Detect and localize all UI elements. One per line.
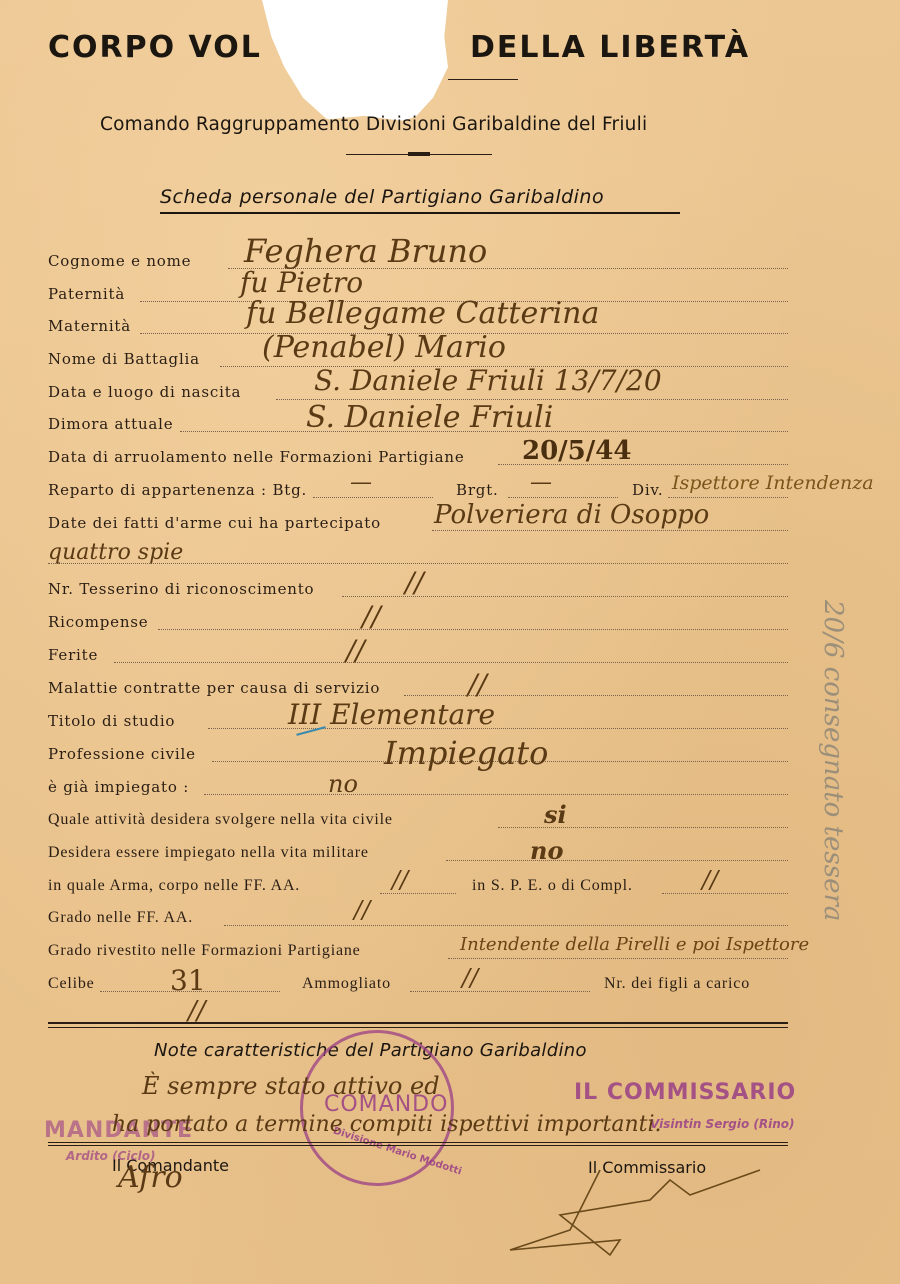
handwritten-note-line2: ha portato a termine compiti ispettivi i…: [112, 1112, 661, 1137]
signature-divider-2: [48, 1145, 788, 1146]
handwritten-professione: Impiegato: [384, 734, 548, 772]
handwritten-brgt: —: [530, 470, 552, 495]
handwritten-arruolamento: 20/5/44: [522, 436, 631, 466]
margin-pencil-note: 20/6 consegnato tessera: [808, 600, 848, 1200]
fill-line: [114, 662, 788, 663]
field-label: è già impiegato :: [48, 778, 189, 796]
form-title: Scheda personale del Partigiano Garibald…: [160, 186, 604, 208]
handwritten-celibe: 31: [170, 964, 206, 997]
handwritten-nascita: S. Daniele Friuli 13/7/20: [314, 364, 662, 397]
field-label: Date dei fatti d'arme cui ha partecipato: [48, 514, 381, 532]
handwritten-arma: //: [392, 866, 408, 894]
comandante-signature: Afro: [118, 1160, 183, 1195]
field-label: Brgt.: [456, 481, 499, 499]
field-label: Maternità: [48, 317, 131, 335]
field-label: Nr. dei figli a carico: [604, 975, 750, 993]
stamp-commissario-name: Visintin Sergio (Rino): [650, 1117, 795, 1131]
field-label: Grado rivestito nelle Formazioni Partigi…: [48, 942, 361, 960]
fill-line: [662, 893, 788, 894]
handwritten-paternita: fu Pietro: [240, 266, 363, 299]
field-label: Nr. Tesserino di riconoscimento: [48, 580, 314, 598]
field-label: Celibe: [48, 975, 95, 993]
fill-line: [158, 629, 788, 630]
field-stato-civile: Celibe Ammogliato Nr. dei figli a carico: [48, 973, 788, 993]
handwritten-maternita: fu Bellegame Catterina: [246, 296, 599, 331]
handwritten-ferite: //: [346, 634, 365, 667]
handwritten-spe: //: [702, 866, 718, 894]
handwritten-malattie: //: [468, 668, 487, 701]
commissario-signature: [500, 1160, 780, 1260]
fill-line: [446, 860, 788, 861]
fill-line: [448, 958, 788, 959]
handwritten-titolo-studio: III Elementare: [288, 698, 495, 731]
field-grado-ffaa: Grado nelle FF. AA.: [48, 907, 788, 927]
field-label: Reparto di appartenenza : Btg.: [48, 481, 307, 499]
document-title-right: DELLA LIBERTÀ: [470, 30, 750, 65]
field-label: Div.: [632, 481, 664, 499]
field-label: Grado nelle FF. AA.: [48, 909, 193, 927]
field-arruolamento: Data di arruolamento nelle Formazioni Pa…: [48, 446, 788, 466]
field-label: Quale attività desidera svolgere nella v…: [48, 811, 393, 829]
handwritten-nome-battaglia: (Penabel) Mario: [262, 330, 506, 365]
handwritten-note-line1: È sempre stato attivo ed: [142, 1072, 440, 1100]
field-arma: in quale Arma, corpo nelle FF. AA. in S.…: [48, 875, 788, 895]
field-label: Paternità: [48, 285, 125, 303]
handwritten-attivita-civile: si: [544, 800, 567, 829]
fill-line: [224, 925, 788, 926]
fill-line: [432, 530, 788, 531]
field-ricompense: Ricompense: [48, 611, 788, 631]
field-label: Cognome e nome: [48, 252, 191, 270]
fill-line: [404, 695, 788, 696]
handwritten-gia-impiegato: no: [328, 770, 358, 798]
handwritten-btg: —: [350, 470, 372, 495]
field-label: Data e luogo di nascita: [48, 383, 241, 401]
field-vita-militare: Desidera essere impiegato nella vita mil…: [48, 842, 788, 862]
handwritten-grado-ffaa: //: [354, 896, 370, 924]
field-label: Ferite: [48, 646, 98, 664]
field-label: Ricompense: [48, 613, 148, 631]
document-title-left: CORPO VOL: [48, 30, 262, 65]
field-label: Titolo di studio: [48, 712, 175, 730]
handwritten-dimora: S. Daniele Friuli: [306, 400, 553, 435]
field-label: Nome di Battaglia: [48, 350, 200, 368]
subtitle-divider-accent: [408, 152, 430, 156]
field-label: Data di arruolamento nelle Formazioni Pa…: [48, 448, 465, 466]
section-divider: [48, 1022, 788, 1024]
field-label: Malattie contratte per causa di servizio: [48, 679, 380, 697]
field-ferite: Ferite: [48, 644, 788, 664]
handwritten-name: Feghera Bruno: [244, 232, 487, 270]
handwritten-ammogliato: //: [462, 964, 478, 992]
fill-line: [204, 794, 788, 795]
field-attivita-civile: Quale attività desidera svolgere nella v…: [48, 809, 788, 829]
stamp-il-commissario: IL COMMISSARIO: [574, 1080, 796, 1105]
fill-line: [410, 991, 590, 992]
field-label: in S. P. E. o di Compl.: [472, 877, 633, 895]
handwritten-fatti-arme-line2: quattro spie: [48, 540, 183, 565]
field-label: Professione civile: [48, 745, 196, 763]
fill-line: [668, 497, 788, 498]
handwritten-vita-militare: no: [530, 836, 563, 865]
field-malattie: Malattie contratte per causa di servizio: [48, 677, 788, 697]
field-label: Ammogliato: [302, 975, 391, 993]
title-divider: [448, 79, 518, 80]
handwritten-tesserino: //: [405, 566, 424, 599]
form-title-underline: [160, 212, 680, 214]
document-subtitle: Comando Raggruppamento Divisioni Garibal…: [100, 114, 647, 135]
signature-divider: [48, 1142, 788, 1143]
handwritten-fatti-arme: Polveriera di Osoppo: [434, 500, 709, 530]
fill-line: [313, 497, 433, 498]
fill-line: [508, 497, 618, 498]
section-divider-thin: [48, 1027, 788, 1028]
handwritten-grado-partigiano: Intendente della Pirelli e poi Ispettore: [460, 934, 809, 955]
handwritten-div: Ispettore Intendenza: [672, 472, 874, 494]
field-label: in quale Arma, corpo nelle FF. AA.: [48, 877, 300, 895]
field-label: Dimora attuale: [48, 415, 173, 433]
field-label: Desidera essere impiegato nella vita mil…: [48, 844, 369, 862]
field-gia-impiegato: è già impiegato :: [48, 776, 788, 796]
handwritten-ricompense: //: [362, 600, 381, 633]
fill-line: [498, 827, 788, 828]
